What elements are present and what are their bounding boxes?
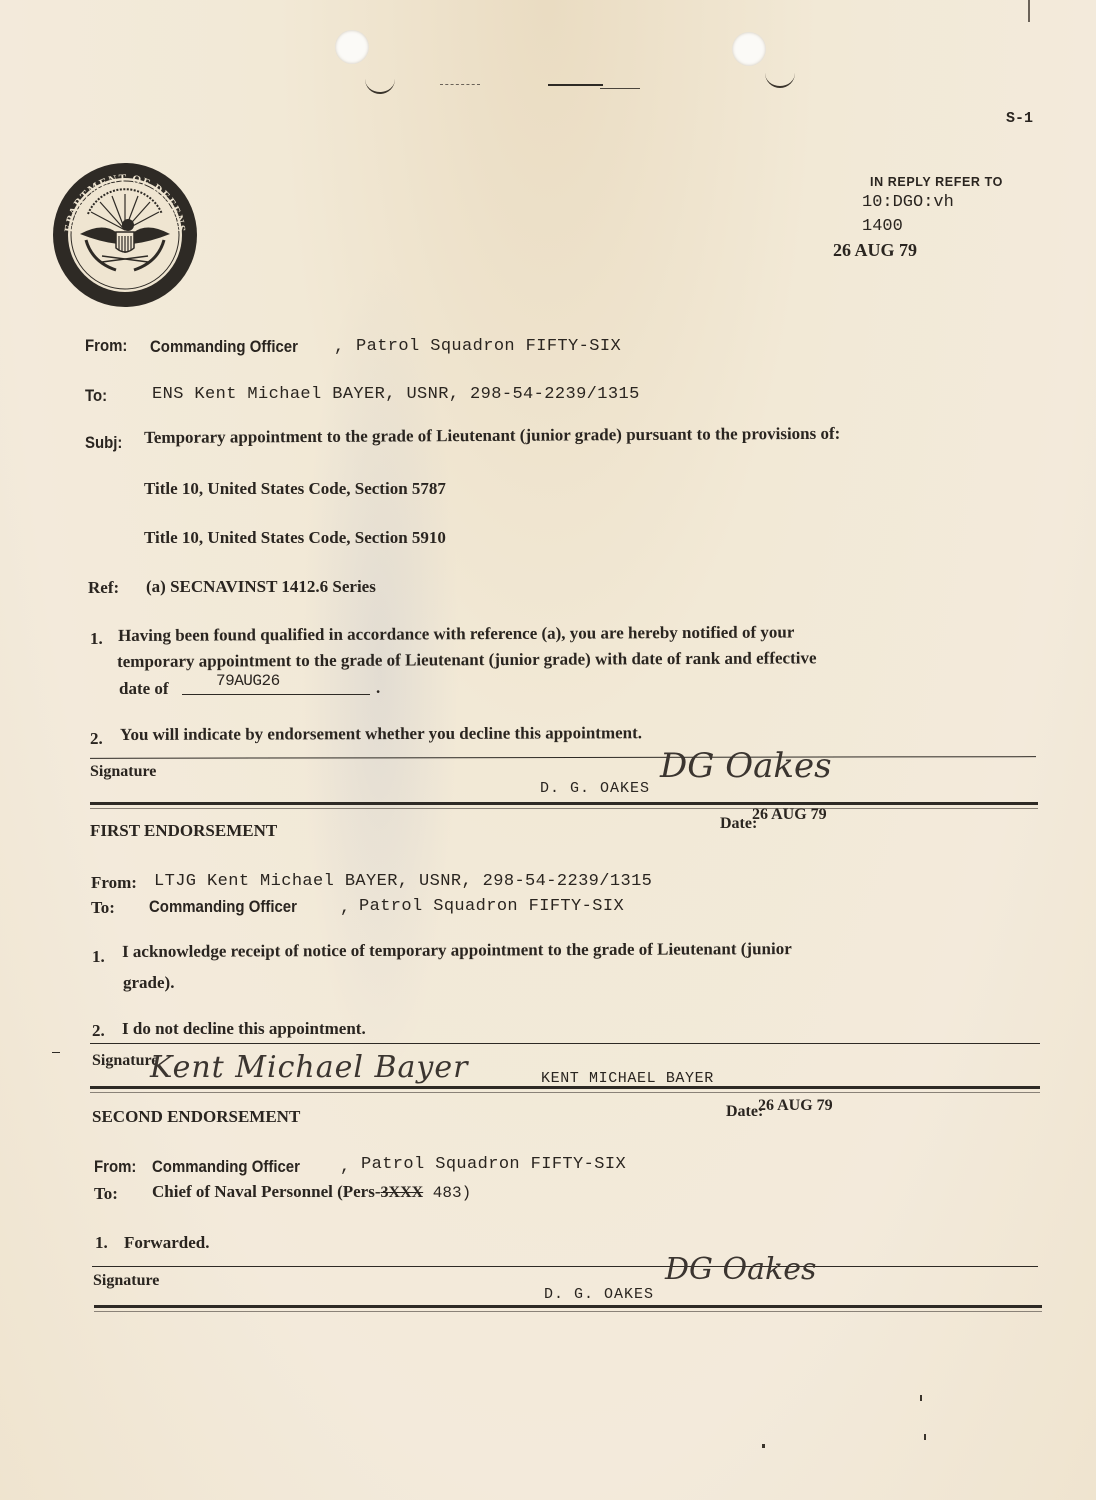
first-endorsement-to-unit: Patrol Squadron FIFTY-SIX [359,897,624,916]
first-endorsement-to-title: Commanding Officer [149,897,297,917]
second-endorsement-para1-text: Forwarded. [124,1233,209,1253]
second-endorsement-from-comma: , [340,1158,351,1177]
punch-hole-left [335,30,369,64]
signature2-bottom-rule-2 [90,1092,1040,1093]
signature2-label: Signature [92,1052,158,1070]
signature1-bottom-rule [90,802,1038,805]
para2-text: You will indicate by endorsement whether… [120,723,642,745]
first-endorsement-para1-line2: grade). [123,973,174,993]
stray-mark-4 [1028,0,1030,22]
binder-mark-left [365,78,395,94]
second-endorsement-from-label: From: [94,1157,136,1177]
first-endorsement-title: FIRST ENDORSEMENT [90,821,277,841]
first-endorsement-to-label: To: [91,898,115,918]
punch-hole-right [732,32,766,66]
signature3-top-rule [92,1266,1038,1267]
signature2-typed-name: KENT MICHAEL BAYER [541,1070,714,1087]
first-endorsement-para2-text: I do not decline this appointment. [122,1019,366,1039]
signature1-bottom-rule-2 [90,808,1038,809]
signature2-handwritten: Kent Michael Bayer [150,1050,468,1085]
subj-label: Subj: [85,433,122,453]
stray-mark-1 [920,1395,922,1401]
reply-code: 10:DGO:vh [862,193,954,212]
second-endorsement-date-value: 26 AUG 79 [758,1097,833,1115]
signature1-label: Signature [90,763,156,781]
signature1-top-rule [90,756,1036,759]
first-endorsement-to-comma: , [340,899,351,918]
reply-date-stamp: 26 AUG 79 [833,240,917,261]
first-endorsement-para2-number: 2. [92,1021,105,1041]
first-endorsement-para1-number: 1. [92,947,105,967]
reply-refer-label: IN REPLY REFER TO [870,175,1003,189]
from-title: Commanding Officer [150,337,298,357]
subj-value: Temporary appointment to the grade of Li… [144,424,840,448]
to-value-struck: 3XXX [381,1184,424,1201]
second-endorsement-to-label: To: [94,1184,118,1204]
signature1-handwritten: DG Oakes [660,746,832,786]
first-endorsement-para1-line1: I acknowledge receipt of notice of tempo… [122,939,792,962]
top-scribble-2 [600,88,640,89]
binder-mark-right [765,72,795,88]
para1-line2: temporary appointment to the grade of Li… [117,648,817,672]
from-label: From: [85,336,147,356]
second-endorsement-from-unit: Patrol Squadron FIFTY-SIX [361,1155,626,1174]
to-value-prefix: Chief of Naval Personnel (Pers- [152,1182,381,1201]
second-endorsement-from-title: Commanding Officer [152,1157,300,1177]
margin-mark [52,1052,60,1053]
signature2-bottom-rule [90,1086,1040,1089]
top-scribble [548,84,603,86]
stray-mark-3 [762,1444,765,1448]
page-id: S-1 [1006,110,1033,127]
provision-2: Title 10, United States Code, Section 59… [144,528,446,548]
second-endorsement-para1-number: 1. [95,1233,108,1253]
ref-value: (a) SECNAVINST 1412.6 Series [146,577,376,597]
provision-1: Title 10, United States Code, Section 57… [144,479,446,499]
signature3-handwritten: DG Oakes [665,1252,816,1287]
signature2-top-rule [90,1043,1040,1044]
effective-date-value: 79AUG26 [216,672,280,690]
ref-label: Ref: [88,578,119,598]
first-endorsement-from-label: From: [91,873,137,893]
para2-number: 2. [90,729,103,749]
para1-line3-prefix: date of [119,679,169,699]
header-from-row: From: [85,336,155,356]
top-dashes [440,84,480,86]
signature3-label: Signature [93,1272,159,1290]
first-endorsement-date-value: 26 AUG 79 [752,806,827,824]
department-of-defense-seal-icon: DEPARTMENT OF DEFENSE UNITED STATES OF A… [52,162,198,308]
reply-serial: 1400 [862,217,903,236]
second-endorsement-title: SECOND ENDORSEMENT [92,1107,300,1127]
effective-date-field: 79AUG26 [182,674,370,695]
from-comma: , [334,338,345,357]
to-value-suffix: 483) [423,1184,471,1202]
stray-mark-2 [924,1434,926,1440]
to-value: ENS Kent Michael BAYER, USNR, 298-54-223… [152,385,640,404]
signature1-typed-name: D. G. OAKES [540,780,650,797]
to-label: To: [85,386,107,406]
first-endorsement-from-value: LTJG Kent Michael BAYER, USNR, 298-54-22… [154,872,652,891]
para1-number: 1. [90,629,103,649]
from-unit: Patrol Squadron FIFTY-SIX [356,337,621,356]
second-endorsement-to-value: Chief of Naval Personnel (Pers-3XXX 483) [152,1182,471,1202]
signature3-typed-name: D. G. OAKES [544,1286,654,1303]
para1-line3-suffix: . [376,678,380,698]
para1-line1: Having been found qualified in accordanc… [118,622,794,646]
signature3-bottom-rule [94,1305,1042,1308]
signature3-bottom-rule-2 [94,1311,1042,1312]
